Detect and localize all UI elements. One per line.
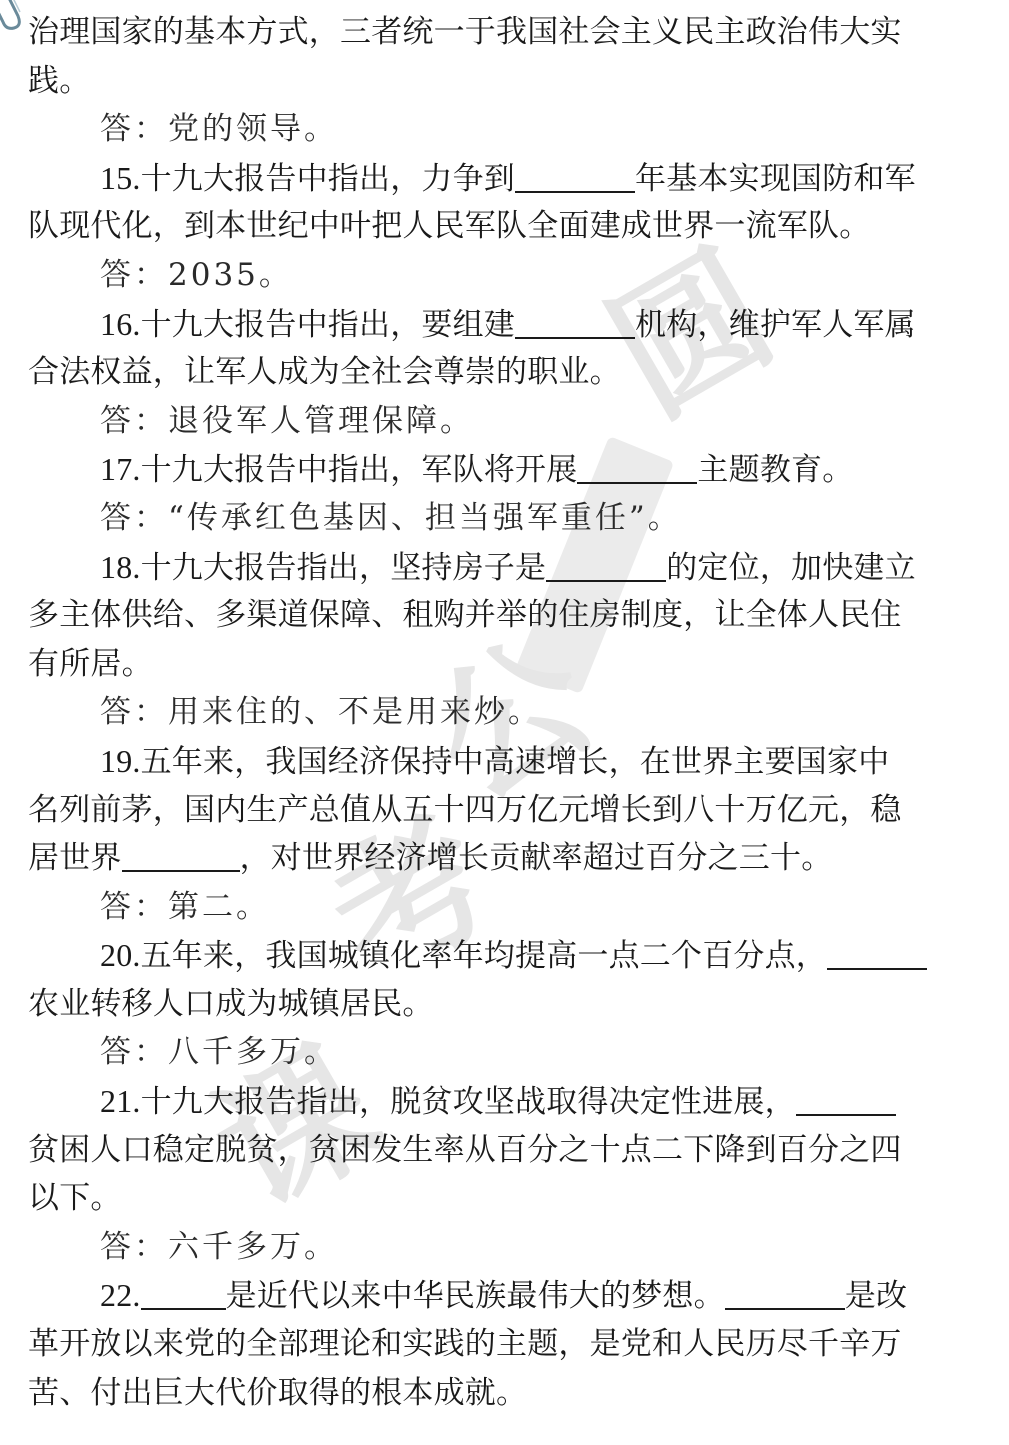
text-line: 革开放以来党的全部理论和实践的主题，是党和人民历尽千辛万 — [28, 1320, 990, 1369]
fill-blank — [725, 1278, 845, 1310]
text-line: 名列前茅，国内生产总值从五十四万亿元增长到八十万亿元，稳 — [28, 786, 990, 835]
document-page: 治理国家的基本方式，三者统一于我国社会主义民主政治伟大实 践。 答：党的领导。 … — [28, 8, 990, 1417]
question-17: 17.十九大报告中指出，军队将开展主题教育。 — [28, 445, 990, 494]
question-number: 17. — [100, 451, 141, 487]
answer-line: 答：党的领导。 — [28, 105, 990, 154]
question-number: 22. — [100, 1277, 141, 1313]
paperclip-icon — [0, 0, 28, 34]
question-16: 16.十九大报告中指出，要组建机构，维护军人军属 — [28, 300, 990, 349]
fill-blank — [796, 1084, 896, 1116]
fill-blank — [515, 307, 635, 339]
question-text: 十九大报告中指出，要组建 — [141, 307, 515, 343]
text-line: 有所居。 — [28, 640, 990, 689]
text-line: 队现代化，到本世纪中叶把人民军队全面建成世界一流军队。 — [28, 202, 990, 251]
answer-prefix: 答： — [100, 403, 168, 439]
fill-blank — [141, 1278, 226, 1310]
fill-blank — [827, 938, 927, 970]
question-21: 21.十九大报告指出，脱贫攻坚战取得决定性进展， — [28, 1077, 990, 1126]
answer-text: 党的领导。 — [168, 111, 338, 147]
question-text: ，对世界经济增长贡献率超过百分之三十。 — [240, 840, 833, 876]
question-text: 的定位，加快建立 — [666, 550, 916, 586]
question-text: 五年来，我国经济保持中高速增长，在世界主要国家中 — [141, 744, 890, 780]
question-text: 十九大报告中指出，军队将开展 — [141, 452, 578, 488]
question-text: 十九大报告指出，坚持房子是 — [141, 550, 547, 586]
question-text: 五年来，我国城镇化率年均提高一点二个百分点， — [141, 938, 827, 974]
question-text: 是近代以来中华民族最伟大的梦想。 — [226, 1278, 725, 1314]
question-18: 18.十九大报告指出，坚持房子是的定位，加快建立 — [28, 543, 990, 592]
text-line: 践。 — [28, 57, 990, 106]
fill-blank — [122, 840, 240, 872]
question-number: 18. — [100, 549, 141, 585]
fill-blank — [515, 161, 635, 193]
answer-text: 第二。 — [168, 889, 270, 925]
answer-prefix: 答： — [100, 111, 168, 147]
text-line: 合法权益，让军人成为全社会尊崇的职业。 — [28, 348, 990, 397]
text-line: 多主体供给、多渠道保障、租购并举的住房制度，让全体人民住 — [28, 591, 990, 640]
question-number: 20. — [100, 937, 141, 973]
text-line: 贫困人口稳定脱贫，贫困发生率从百分之十点二下降到百分之四 — [28, 1126, 990, 1175]
answer-prefix: 答： — [100, 694, 168, 730]
question-22: 22.是近代以来中华民族最伟大的梦想。是改 — [28, 1271, 990, 1320]
text-line: 治理国家的基本方式，三者统一于我国社会主义民主政治伟大实 — [28, 8, 990, 57]
text-line: 以下。 — [28, 1174, 990, 1223]
answer-prefix: 答： — [100, 257, 168, 293]
question-text: 是改 — [845, 1278, 907, 1314]
text-line: 农业转移人口成为城镇居民。 — [28, 980, 990, 1029]
answer-line: 答：退役军人管理保障。 — [28, 397, 990, 446]
answer-text: 2035。 — [168, 257, 293, 293]
fill-blank — [577, 452, 697, 484]
question-15: 15.十九大报告中指出，力争到年基本实现国防和军 — [28, 154, 990, 203]
question-number: 16. — [100, 306, 141, 342]
answer-text: 六千多万。 — [168, 1229, 338, 1265]
answer-prefix: 答： — [100, 1034, 168, 1070]
question-19: 19.五年来，我国经济保持中高速增长，在世界主要国家中 — [28, 737, 990, 786]
fill-blank — [546, 550, 666, 582]
question-20: 20.五年来，我国城镇化率年均提高一点二个百分点， — [28, 931, 990, 980]
answer-prefix: 答： — [100, 889, 168, 925]
question-number: 21. — [100, 1083, 141, 1119]
answer-line: 答：“传承红色基因、担当强军重任”。 — [28, 494, 990, 543]
answer-text: “传承红色基因、担当强军重任”。 — [168, 500, 682, 536]
answer-text: 用来住的、不是用来炒。 — [168, 694, 542, 730]
question-text: 居世界 — [28, 840, 122, 876]
answer-prefix: 答： — [100, 1229, 168, 1265]
question-text: 主题教育。 — [697, 452, 853, 488]
answer-text: 退役军人管理保障。 — [168, 403, 474, 439]
answer-line: 答：八千多万。 — [28, 1028, 990, 1077]
answer-line: 答：用来住的、不是用来炒。 — [28, 688, 990, 737]
answer-line: 答：六千多万。 — [28, 1223, 990, 1272]
answer-line: 答：第二。 — [28, 883, 990, 932]
text-line: 居世界，对世界经济增长贡献率超过百分之三十。 — [28, 834, 990, 883]
question-text: 机构，维护军人军属 — [635, 307, 916, 343]
question-text: 十九大报告中指出，力争到 — [141, 161, 515, 197]
question-text: 十九大报告指出，脱贫攻坚战取得决定性进展， — [141, 1084, 796, 1120]
answer-prefix: 答： — [100, 500, 168, 536]
answer-line: 答：2035。 — [28, 251, 990, 300]
question-number: 15. — [100, 160, 141, 196]
question-text: 年基本实现国防和军 — [635, 161, 916, 197]
answer-text: 八千多万。 — [168, 1034, 338, 1070]
text-line: 苦、付出巨大代价取得的根本成就。 — [28, 1369, 990, 1418]
question-number: 19. — [100, 743, 141, 779]
